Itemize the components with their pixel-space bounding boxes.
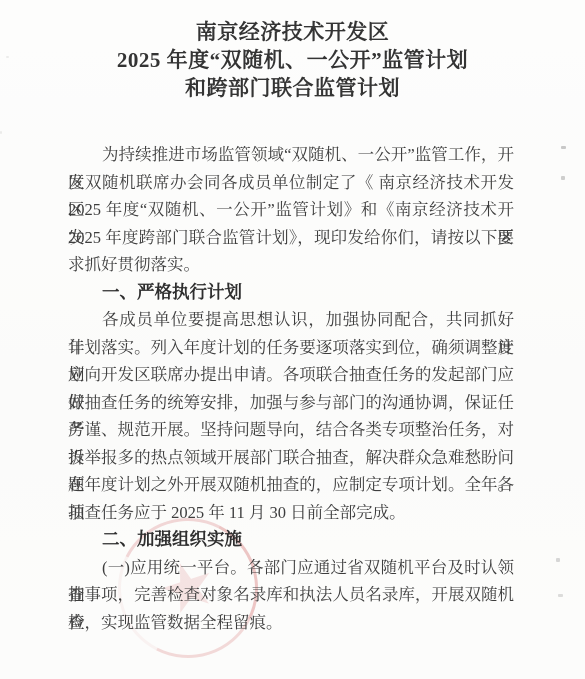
scan-artifact	[561, 176, 565, 180]
document-title: 南京经济技术开发区 2025 年度“双随机、一公开”监管计划 和跨部门联合监管计…	[0, 18, 585, 102]
document-line: 区双随机联席办会同各成员单位制定了《 南京经济技术开发区	[68, 169, 514, 197]
section-heading: 二、加强组织实施	[68, 526, 514, 554]
document-line: 为持续推进市场监管领域“双随机、一公开”监管工作，开发	[68, 141, 514, 169]
title-line: 2025 年度“双随机、一公开”监管计划	[0, 46, 585, 74]
document-line: (一)应用统一平台。各部门应通过省双随机平台及时认领抽	[68, 554, 514, 582]
scan-artifact	[0, 131, 2, 134]
document-line: 2025 年度“双随机、一公开”监管计划》和《南京经济技术开发区	[68, 196, 514, 224]
document-line: 应向开发区联席办提出申请。各项联合抽查任务的发起部门应做	[68, 361, 514, 389]
document-line: 查，实现监管数据全程留痕。	[68, 609, 514, 637]
document-line: 严谨、规范开展。坚持问题导向，结合各类专项整治任务，对投	[68, 416, 514, 444]
scan-artifact	[556, 558, 560, 562]
document-line: 在年度计划之外开展双随机抽查的，应制定专项计划。全年各项	[68, 471, 514, 499]
title-line: 南京经济技术开发区	[0, 18, 585, 46]
document-line: 计划落实。列入年度计划的任务要逐项落实到位，确须调整计划	[68, 334, 514, 362]
scan-artifact	[561, 146, 566, 149]
document-line: 求抓好贯彻落实。	[68, 251, 514, 279]
scan-artifact	[6, 56, 9, 58]
document-line: 好抽查任务的统筹安排，加强与参与部门的沟通协调，保证任务	[68, 389, 514, 417]
document-page: 南京经济技术开发区 2025 年度“双随机、一公开”监管计划 和跨部门联合监管计…	[0, 0, 585, 679]
document-line: 查事项，完善检查对象名录库和执法人员名录库，开展双随机检	[68, 581, 514, 609]
document-body: 为持续推进市场监管领域“双随机、一公开”监管工作，开发 区双随机联席办会同各成员…	[68, 141, 514, 636]
section-heading: 一、严格执行计划	[68, 279, 514, 307]
document-line: 诉举报多的热点领域开展部门联合抽查，解决群众急难愁盼问题。	[68, 444, 514, 472]
document-line: 抽查任务应于 2025 年 11 月 30 日前全部完成。	[68, 499, 514, 527]
scan-artifact	[558, 594, 563, 597]
title-line: 和跨部门联合监管计划	[0, 74, 585, 102]
document-line: 2025 年度跨部门联合监管计划》，现印发给你们，请按以下要	[68, 224, 514, 252]
document-line: 各成员单位要提高思想认识，加强协同配合，共同抓好年度	[68, 306, 514, 334]
